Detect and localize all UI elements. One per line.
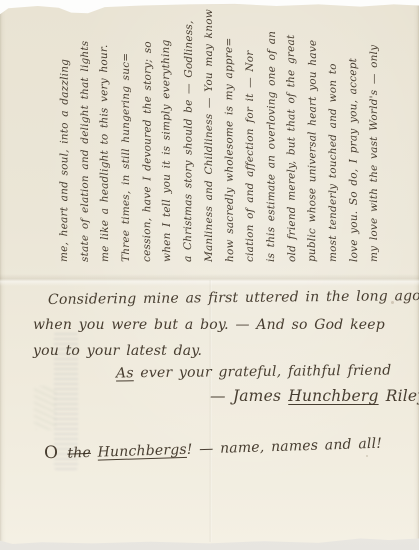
- handwritten-line: a Christmas story should be — Godliness,: [178, 26, 200, 262]
- handwritten-line: ciation of and affection for it — Nor: [240, 26, 261, 262]
- valediction-lead: As: [116, 365, 134, 381]
- handwritten-line: state of elation and delight that lights: [75, 26, 96, 262]
- signature-prefix: — James: [210, 387, 288, 405]
- handwritten-line: Manliness and Childliness — You may know: [199, 26, 220, 262]
- handwritten-line: how sacredly wholesome is my appre=: [218, 26, 240, 262]
- handwritten-line: you to your latest day.: [33, 342, 202, 360]
- handwritten-line: when you were but a boy. — And so God ke…: [33, 316, 385, 334]
- handwritten-line: when I tell you it is simply everything: [156, 26, 178, 262]
- postscript-name: Hunchbergs: [97, 442, 187, 461]
- handwritten-line: me, heart and soul, into a dazzling: [54, 26, 76, 262]
- postscript-struck-word: the: [67, 445, 91, 462]
- handwritten-line: is this estimate an overloving one of an: [261, 26, 283, 262]
- handwritten-line: public whose universal heart you have: [302, 26, 324, 262]
- letter-photo: me, heart and soul, into a dazzling stat…: [0, 0, 419, 550]
- handwritten-line: love you. So do, I pray you, accept: [343, 26, 365, 262]
- valediction-rest: ever your grateful, faithful friend: [134, 363, 392, 382]
- signature-suffix: Riley.: [379, 387, 419, 405]
- handwritten-line: old friend merely, but that of the great: [280, 26, 302, 262]
- postscript-initial: O: [44, 443, 68, 464]
- signature: — James Hunchberg Riley.: [210, 387, 419, 405]
- rotated-text-block: me, heart and soul, into a dazzling stat…: [54, 26, 386, 262]
- pencil-showthrough: [34, 386, 56, 430]
- valediction: As ever your grateful, faithful friend: [116, 363, 392, 382]
- handwritten-line: my love with the vast World's — only: [364, 26, 385, 262]
- signature-name: Hunchberg: [288, 387, 378, 405]
- rotated-handwriting: me, heart and soul, into a dazzling stat…: [54, 26, 386, 262]
- handwritten-line: Three times, in still hungering suc=: [116, 26, 137, 262]
- handwritten-line: me like a headlight to this very hour.: [94, 26, 116, 262]
- handwritten-line: most tenderly touched and won to: [323, 26, 344, 262]
- paper-speck: [366, 455, 368, 457]
